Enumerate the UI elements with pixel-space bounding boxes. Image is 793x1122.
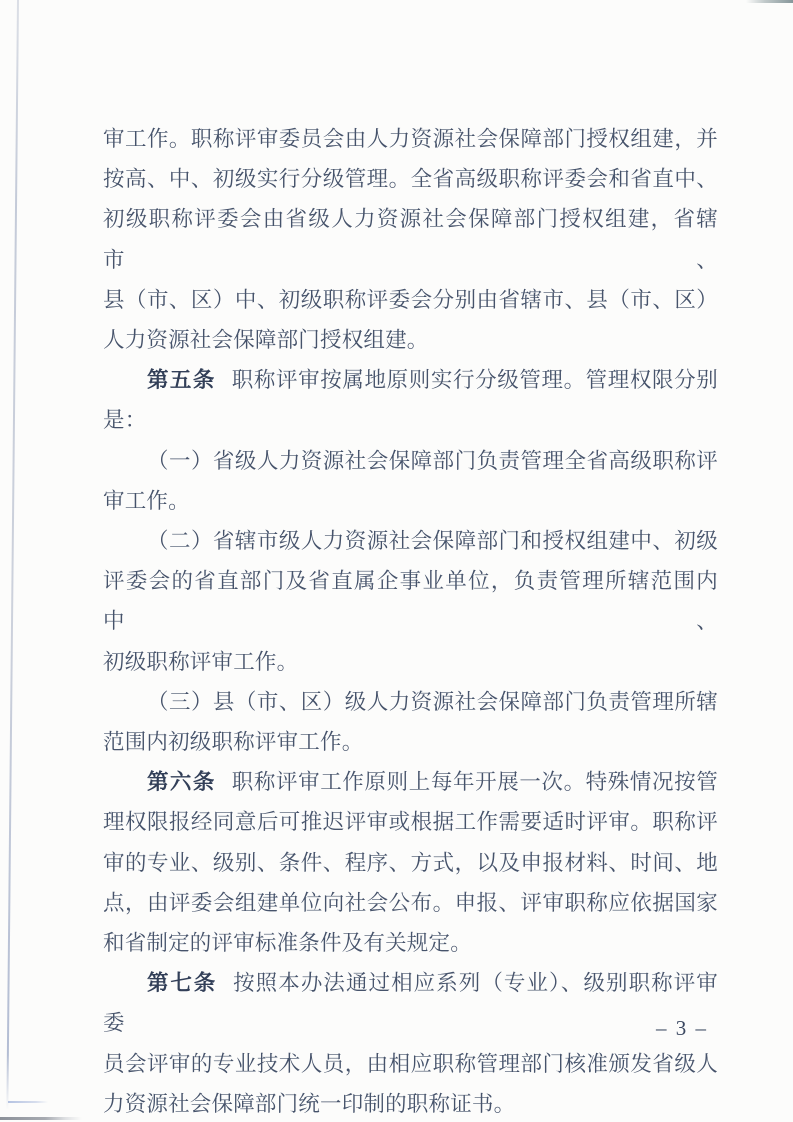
scan-mark-bottom-left-dark — [0, 1117, 82, 1120]
text-line-article-5: 第五条职称评审按属地原则实行分级管理。管理权限分别 — [103, 360, 718, 400]
text-line: 人力资源社会保障部门授权组建。 — [103, 320, 718, 360]
text-line-item-1: （一）省级人力资源社会保障部门负责管理全省高级职称评 — [103, 441, 718, 481]
scan-edge-top-right-band — [746, 0, 793, 3]
text-line: 按高、中、初级实行分级管理。全省高级职称评委会和省直中、 — [103, 159, 718, 199]
text-line: 理权限报经同意后可推迟评审或根据工作需要适时评审。职称评 — [103, 802, 718, 842]
scan-edge-left-line — [6, 0, 18, 1110]
text-line-item-2: （二）省辖市级人力资源社会保障部门和授权组建中、初级 — [103, 521, 718, 561]
article-7-heading: 第七条 — [147, 971, 217, 995]
text-line: 范围内初级职称评审工作。 — [103, 722, 718, 762]
text-line: 是： — [103, 400, 718, 440]
text-line: 点，由评委会组建单位向社会公布。申报、评审职称应依据国家 — [103, 883, 718, 923]
article-5-text: 职称评审按属地原则实行分级管理。管理权限分别 — [232, 368, 718, 392]
article-6-text: 职称评审工作原则上每年开展一次。特殊情况按管 — [232, 770, 718, 794]
page-number: – 3 – — [540, 1016, 708, 1041]
document-body: 审工作。职称评审委员会由人力资源社会保障部门授权组建，并 按高、中、初级实行分级… — [103, 119, 718, 1122]
article-6-heading: 第六条 — [147, 770, 216, 794]
text-line: 和省制定的评审标准条件及有关规定。 — [103, 923, 718, 963]
text-line: 初级职称评委会由省级人力资源社会保障部门授权组建，省辖市、 — [103, 199, 718, 279]
document-page: 审工作。职称评审委员会由人力资源社会保障部门授权组建，并 按高、中、初级实行分级… — [0, 0, 793, 1122]
text-line: 审工作。 — [103, 481, 718, 521]
text-line: 员会评审的专业技术人员，由相应职称管理部门核准颁发省级人 — [103, 1044, 718, 1084]
text-line: 力资源社会保障部门统一印制的职称证书。 — [103, 1084, 718, 1122]
article-5-heading: 第五条 — [147, 368, 216, 392]
text-line: 审的专业、级别、条件、程序、方式，以及申报材料、时间、地 — [103, 843, 718, 883]
text-line: 审工作。职称评审委员会由人力资源社会保障部门授权组建，并 — [103, 119, 718, 159]
text-line: 评委会的省直部门及省直属企事业单位，负责管理所辖范围内中、 — [103, 561, 718, 641]
text-line-item-3: （三）县（市、区）级人力资源社会保障部门负责管理所辖 — [103, 682, 718, 722]
text-line: 初级职称评审工作。 — [103, 642, 718, 682]
scan-mark-bottom-left-blue-line — [8, 1101, 48, 1103]
text-line: 县（市、区）中、初级职称评委会分别由省辖市、县（市、区） — [103, 280, 718, 320]
text-line-article-6: 第六条职称评审工作原则上每年开展一次。特殊情况按管 — [103, 762, 718, 802]
